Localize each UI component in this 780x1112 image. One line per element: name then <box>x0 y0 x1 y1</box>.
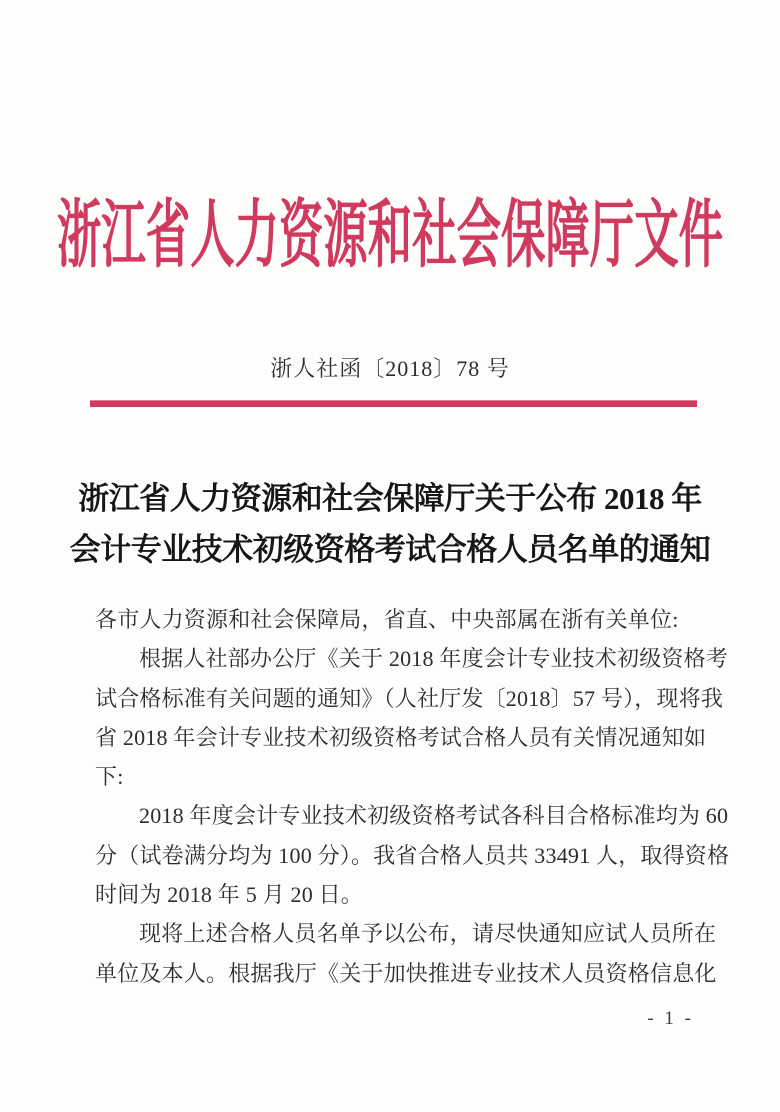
agency-header-banner: 浙江省人力资源和社会保障厅文件 <box>0 190 780 282</box>
body-line: 省 2018 年会计专业技术初级资格考试合格人员有关情况通知如 <box>95 718 720 757</box>
body-line: 试合格标准有关问题的通知》（人社厅发〔2018〕57 号），现将我 <box>95 679 720 718</box>
page-number: - 1 - <box>647 1008 694 1030</box>
body-line: 2018 年度会计专业技术初级资格考试各科目合格标准均为 60 <box>95 796 720 835</box>
red-divider-rule <box>90 400 697 407</box>
notice-body: 各市人力资源和社会保障局，省直、中央部属在浙有关单位: 根据人社部办公厅《关于 … <box>95 600 720 993</box>
notice-title-line-1: 浙江省人力资源和社会保障厅关于公布 2018 年 <box>0 473 780 524</box>
body-line: 时间为 2018 年 5 月 20 日。 <box>95 875 720 914</box>
body-line: 单位及本人。根据我厅《关于加快推进专业技术人员资格信息化 <box>95 954 720 993</box>
document-number: 浙人社函〔2018〕78 号 <box>0 352 780 386</box>
notice-title: 浙江省人力资源和社会保障厅关于公布 2018 年 会计专业技术初级资格考试合格人… <box>0 473 780 575</box>
agency-header-text: 浙江省人力资源和社会保障厅文件 <box>57 190 723 282</box>
body-line: 下: <box>95 757 720 796</box>
body-line: 根据人社部办公厅《关于 2018 年度会计专业技术初级资格考 <box>95 639 720 678</box>
body-line: 各市人力资源和社会保障局，省直、中央部属在浙有关单位: <box>95 600 720 639</box>
scanned-official-document: 浙江省人力资源和社会保障厅文件 浙人社函〔2018〕78 号 浙江省人力资源和社… <box>0 0 780 1112</box>
body-line: 现将上述合格人员名单予以公布，请尽快通知应试人员所在 <box>95 914 720 953</box>
notice-title-line-2: 会计专业技术初级资格考试合格人员名单的通知 <box>0 524 780 575</box>
body-line: 分（试卷满分均为 100 分）。我省合格人员共 33491 人，取得资格 <box>95 836 720 875</box>
